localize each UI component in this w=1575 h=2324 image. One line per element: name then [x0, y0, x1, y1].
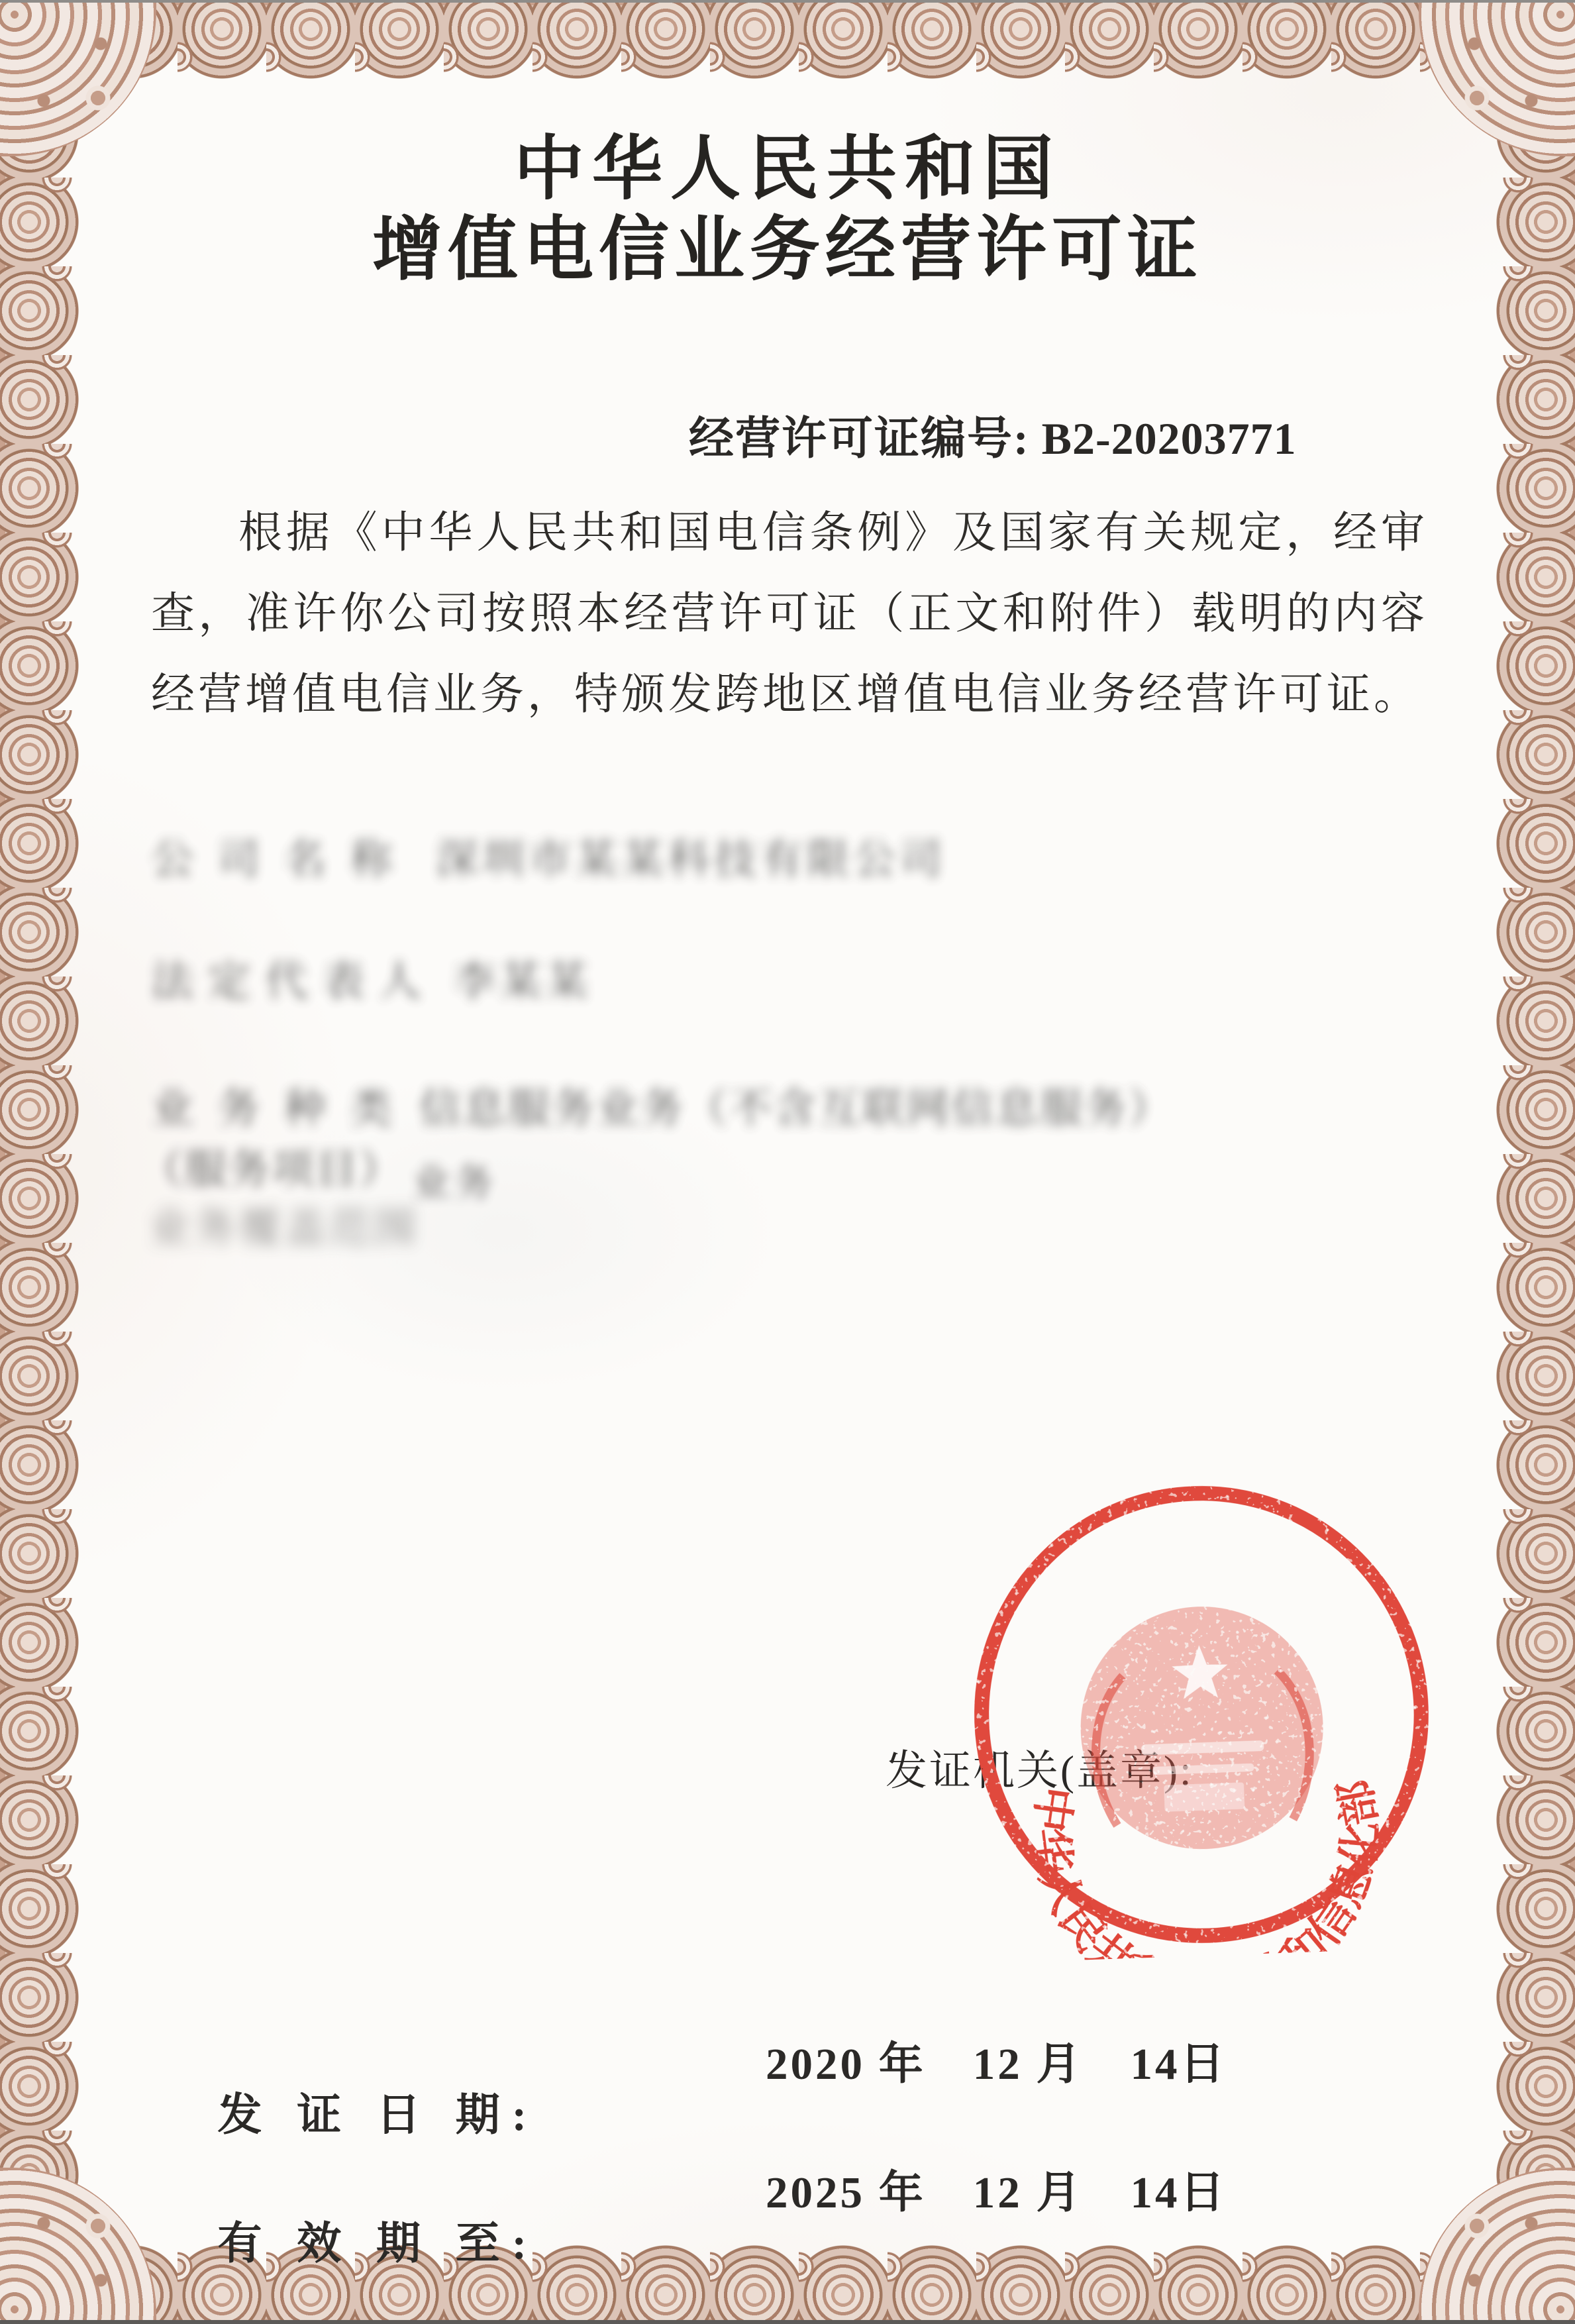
field-coverage-area: 业务覆盖范围	[148, 1194, 419, 1255]
field-business-type: 业 务 种 类 信息服务业务（不含互联网信息服务）	[151, 1075, 1173, 1136]
title-license-name: 增值电信业务经营许可证	[0, 213, 1575, 288]
issue-date-row: 发 证 日 期: 2020 年 12 月 14日	[151, 2029, 538, 2088]
title-country: 中华人民共和国	[0, 132, 1575, 207]
expiry-date-value: 2025 年 12 月 14日	[766, 2157, 1227, 2221]
field-label: 公 司 名 称	[151, 825, 399, 886]
body-paragraph: 根据《中华人民共和国电信条例》及国家有关规定，经审查，准许你公司按照本经营许可证…	[151, 493, 1428, 735]
official-seal: 中华人民共和国工业和信息化部	[954, 1468, 1450, 1964]
field-legal-representative: 法定代表人 李某某	[151, 947, 592, 1008]
license-number-line: 经营许可证编号:B2-20203771	[689, 403, 1297, 467]
issue-date-value: 2020 年 12 月 14日	[766, 2029, 1227, 2092]
field-value: 李某某	[453, 947, 592, 1008]
license-number-value: B2-20203771	[1030, 413, 1297, 464]
field-value: 信息服务业务（不含互联网信息服务）	[419, 1075, 1173, 1136]
expiry-date-row: 有 效 期 至: 2025 年 12 月 14日	[151, 2157, 538, 2217]
field-label: 业 务 种 类	[151, 1075, 399, 1136]
field-label: 法定代表人	[151, 947, 436, 1008]
seal-graphic: 中华人民共和国工业和信息化部	[974, 1486, 1432, 1964]
issue-date-label: 发 证 日 期:	[218, 2091, 539, 2140]
field-label: （服务项目）	[140, 1136, 403, 1196]
field-value: 业务	[412, 1151, 497, 1207]
emblem-gate-base	[1164, 1782, 1245, 1811]
license-number-label: 经营许可证编号:	[689, 413, 1030, 464]
expiry-date-label: 有 效 期 至:	[218, 2219, 539, 2268]
certificate-page: 中华人民共和国 增值电信业务经营许可证 经营许可证编号:B2-20203771 …	[0, 0, 1575, 2324]
certificate-content: 中华人民共和国 增值电信业务经营许可证 经营许可证编号:B2-20203771 …	[0, 0, 1575, 2324]
field-company-name: 公 司 名 称 深圳市某某科技有限公司	[151, 825, 946, 886]
field-value: 深圳市某某科技有限公司	[436, 825, 946, 886]
field-label: 业务覆盖范围	[148, 1194, 419, 1255]
